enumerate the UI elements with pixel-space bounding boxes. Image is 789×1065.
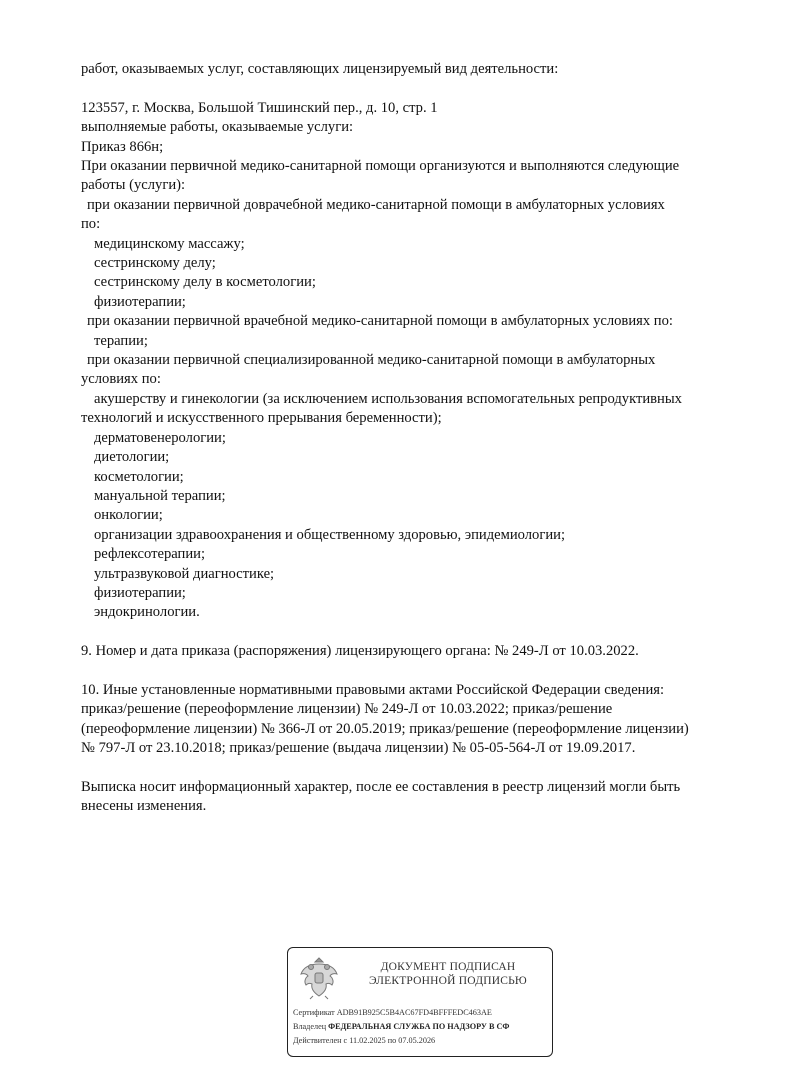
spec-heading: при оказании первичной специализированно… [81, 351, 771, 370]
paragraph-line: 10. Иные установленные нормативными прав… [81, 681, 771, 700]
item-10-other-info: 10. Иные установленные нормативными прав… [81, 681, 771, 759]
spec-heading-cont: условиях по: [81, 370, 771, 389]
list-item: диетологии; [81, 448, 771, 467]
list-item: организации здравоохранения и общественн… [81, 526, 771, 545]
electronic-signature-stamp: ДОКУМЕНТ ПОДПИСАН ЭЛЕКТРОННОЙ ПОДПИСЬЮ С… [287, 947, 553, 1057]
list-item: ультразвуковой диагностике; [81, 565, 771, 584]
paragraph-line: № 797-Л от 23.10.2018; приказ/решение (в… [81, 739, 771, 758]
document-page: работ, оказываемых услуг, составляющих л… [81, 60, 771, 817]
paragraph-line: (переоформление лицензии) № 366-Л от 20.… [81, 720, 771, 739]
paragraph-line: приказ/решение (переоформление лицензии)… [81, 700, 771, 719]
stamp-title: ДОКУМЕНТ ПОДПИСАН ЭЛЕКТРОННОЙ ПОДПИСЬЮ [350, 960, 546, 988]
item-9-order-number: 9. Номер и дата приказа (распоряжения) л… [81, 642, 771, 661]
list-item: косметологии; [81, 468, 771, 487]
list-item: онкологии; [81, 506, 771, 525]
primary-care-heading-cont: работы (услуги): [81, 176, 771, 195]
order-reference: Приказ 866н; [81, 138, 771, 157]
double-headed-eagle-emblem-icon [298, 956, 340, 1000]
list-item: терапии; [81, 332, 771, 351]
disclaimer: Выписка носит информационный характер, п… [81, 778, 771, 817]
certificate-value: ADB91B925C5B4AC67FD4BFFFEDC463AE [337, 1008, 492, 1017]
spec-item-obstetrics-cont: технологий и искусственного прерывания б… [81, 409, 771, 428]
list-item: эндокринологии. [81, 603, 771, 622]
list-item: сестринскому делу в косметологии; [81, 273, 771, 292]
list-item: физиотерапии; [81, 584, 771, 603]
prevrach-heading: при оказании первичной доврачебной медик… [81, 196, 771, 215]
works-label: выполняемые работы, оказываемые услуги: [81, 118, 771, 137]
owner-value: ФЕДЕРАЛЬНАЯ СЛУЖБА ПО НАДЗОРУ В СФ [328, 1022, 509, 1031]
address: 123557, г. Москва, Большой Тишинский пер… [81, 99, 771, 118]
spec-item-obstetrics: акушерству и гинекологии (за исключением… [81, 390, 771, 409]
paragraph-line: внесены изменения. [81, 797, 771, 816]
spec-services-list: дерматовенерологии;диетологии;косметолог… [81, 429, 771, 623]
paragraph-line: Выписка носит информационный характер, п… [81, 778, 771, 797]
list-item: физиотерапии; [81, 293, 771, 312]
list-item: мануальной терапии; [81, 487, 771, 506]
intro-line: работ, оказываемых услуг, составляющих л… [81, 60, 771, 79]
validity-row: Действителен с 11.02.2025 по 07.05.2026 [293, 1036, 435, 1046]
prevrach-heading-cont: по: [81, 215, 771, 234]
vrach-services-list: терапии; [81, 332, 771, 351]
primary-care-heading: При оказании первичной медико-санитарной… [81, 157, 771, 176]
list-item: сестринскому делу; [81, 254, 771, 273]
list-item: дерматовенерологии; [81, 429, 771, 448]
certificate-row: Сертификат ADB91B925C5B4AC67FD4BFFFEDC46… [293, 1008, 492, 1018]
prevrach-services-list: медицинскому массажу;сестринскому делу;с… [81, 235, 771, 313]
owner-row: Владелец ФЕДЕРАЛЬНАЯ СЛУЖБА ПО НАДЗОРУ В… [293, 1022, 509, 1032]
list-item: рефлексотерапии; [81, 545, 771, 564]
vrach-heading: при оказании первичной врачебной медико-… [81, 312, 771, 331]
list-item: медицинскому массажу; [81, 235, 771, 254]
